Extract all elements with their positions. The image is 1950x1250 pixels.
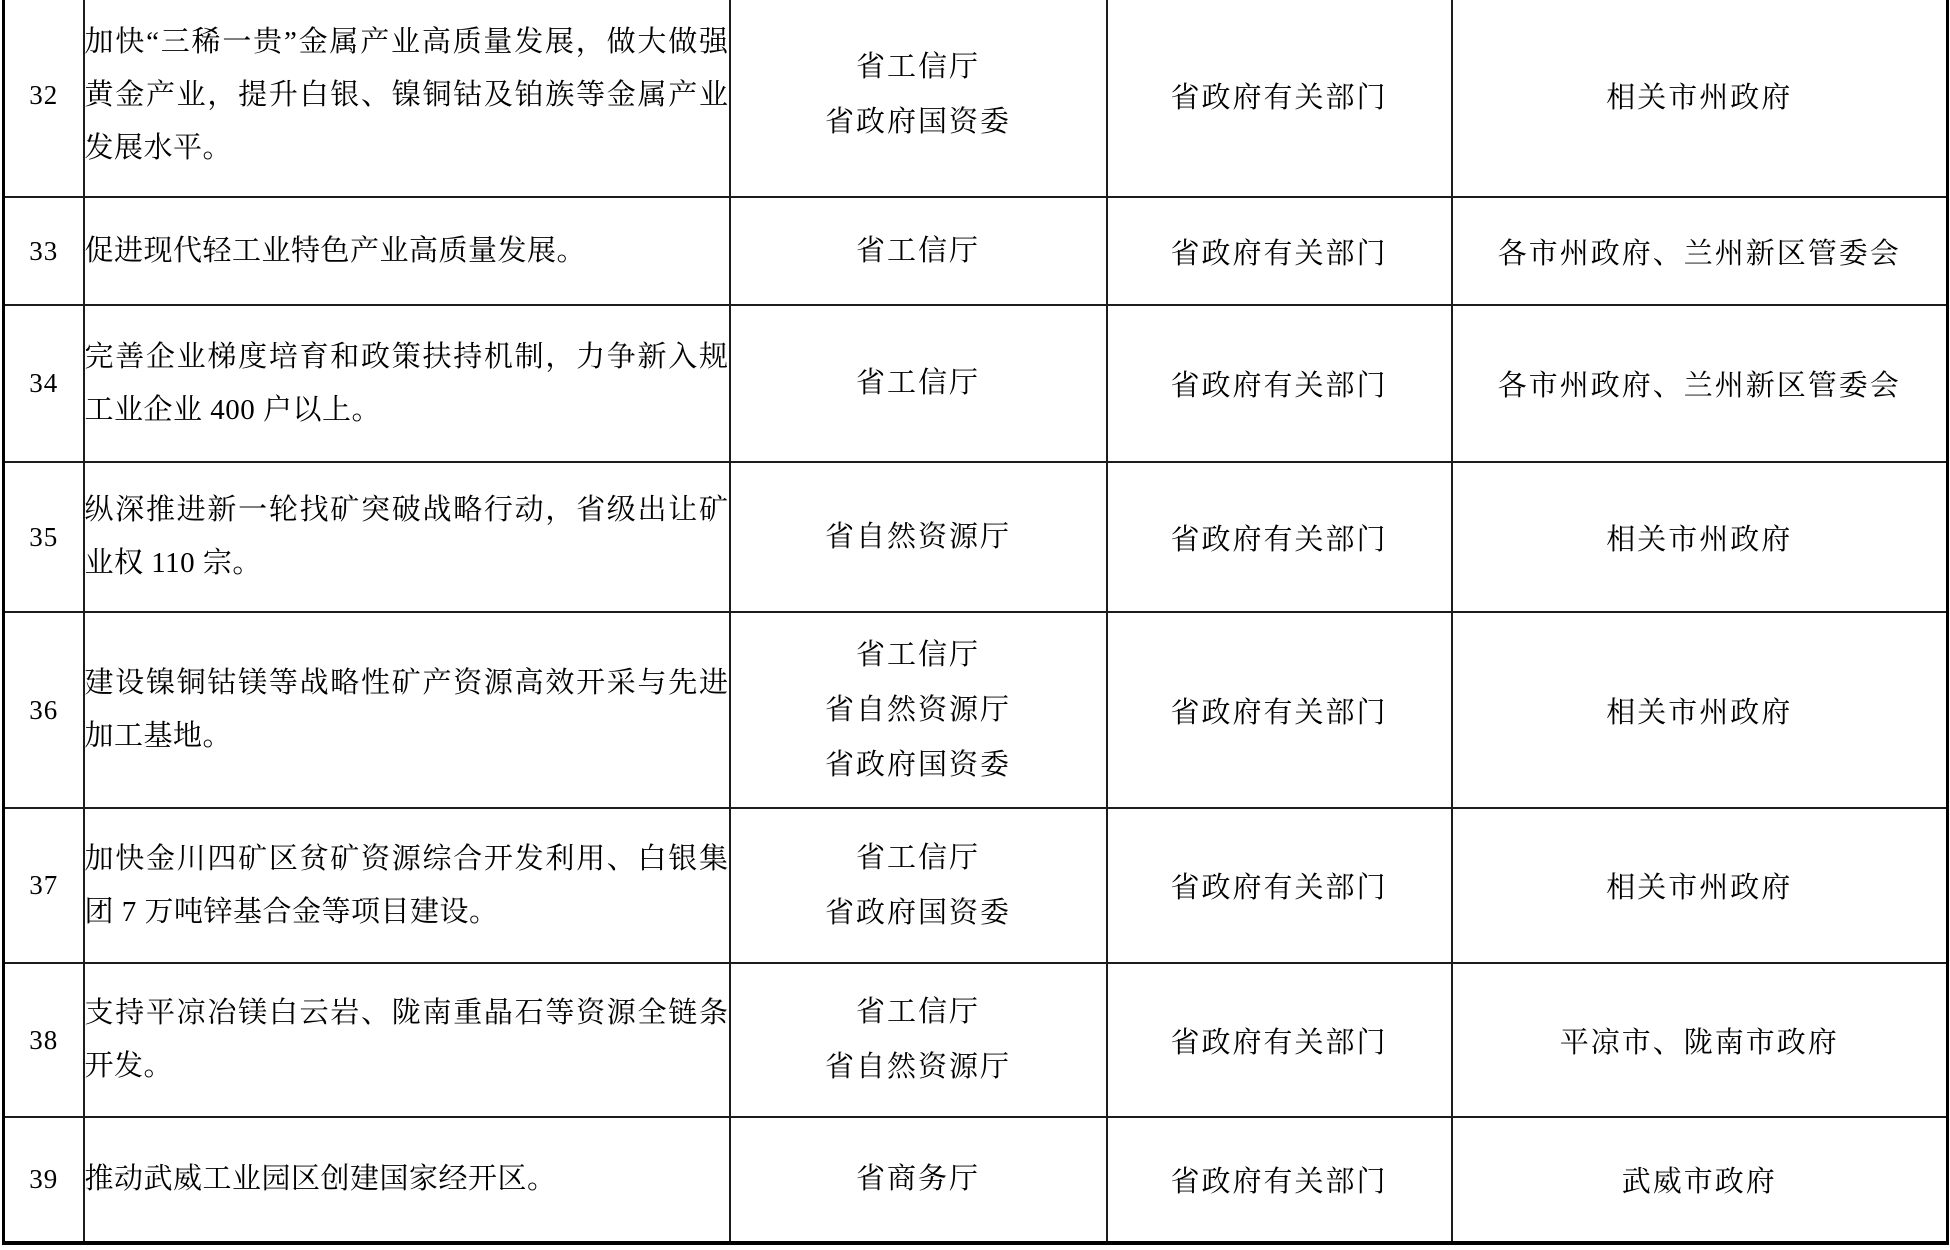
table-row-37: 37加快金川四矿区贫矿资源综合开发利用、白银集团 7 万吨锌基合金等项目建设。省… <box>4 808 1948 963</box>
local-governments-cell: 相关市州政府 <box>1452 808 1948 963</box>
lead-department: 省工信厅 <box>731 831 1106 886</box>
row-number-cell: 39 <box>4 1117 84 1243</box>
task-table: 32加快“三稀一贵”金属产业高质量发展，做大做强黄金产业，提升白银、镍铜钴及铂族… <box>2 0 1949 1245</box>
table-row-36: 36建设镍铜钴镁等战略性矿产资源高效开采与先进加工基地。省工信厅省自然资源厅省政… <box>4 612 1948 808</box>
related-departments-cell: 省政府有关部门 <box>1107 612 1452 808</box>
table-row-32: 32加快“三稀一贵”金属产业高质量发展，做大做强黄金产业，提升白银、镍铜钴及铂族… <box>4 0 1948 197</box>
lead-department: 省商务厅 <box>731 1152 1106 1207</box>
table-row-34: 34完善企业梯度培育和政策扶持机制，力争新入规工业企业 400 户以上。省工信厅… <box>4 305 1948 462</box>
local-governments-cell: 各市州政府、兰州新区管委会 <box>1452 305 1948 462</box>
lead-department: 省工信厅 <box>731 40 1106 95</box>
row-number-cell: 37 <box>4 808 84 963</box>
task-table-body: 32加快“三稀一贵”金属产业高质量发展，做大做强黄金产业，提升白银、镍铜钴及铂族… <box>4 0 1948 1243</box>
lead-departments-cell: 省工信厅省政府国资委 <box>730 0 1107 197</box>
table-row-35: 35纵深推进新一轮找矿突破战略行动，省级出让矿业权 110 宗。省自然资源厅省政… <box>4 462 1948 612</box>
local-governments-cell: 武威市政府 <box>1452 1117 1948 1243</box>
table-row-33: 33促进现代轻工业特色产业高质量发展。省工信厅省政府有关部门各市州政府、兰州新区… <box>4 197 1948 305</box>
lead-departments-cell: 省工信厅省自然资源厅 <box>730 963 1107 1117</box>
lead-department: 省工信厅 <box>731 985 1106 1040</box>
related-departments-cell: 省政府有关部门 <box>1107 963 1452 1117</box>
local-governments-cell: 相关市州政府 <box>1452 0 1948 197</box>
lead-departments-cell: 省工信厅省自然资源厅省政府国资委 <box>730 612 1107 808</box>
task-description-cell: 纵深推进新一轮找矿突破战略行动，省级出让矿业权 110 宗。 <box>84 462 730 612</box>
lead-department: 省工信厅 <box>731 356 1106 411</box>
related-departments-cell: 省政府有关部门 <box>1107 197 1452 305</box>
lead-department: 省自然资源厅 <box>731 510 1106 565</box>
task-description-cell: 完善企业梯度培育和政策扶持机制，力争新入规工业企业 400 户以上。 <box>84 305 730 462</box>
local-governments-cell: 各市州政府、兰州新区管委会 <box>1452 197 1948 305</box>
task-description-cell: 支持平凉冶镁白云岩、陇南重晶石等资源全链条开发。 <box>84 963 730 1117</box>
lead-department: 省工信厅 <box>731 224 1106 279</box>
lead-departments-cell: 省工信厅 <box>730 305 1107 462</box>
local-governments-cell: 相关市州政府 <box>1452 462 1948 612</box>
task-description-cell: 推动武威工业园区创建国家经开区。 <box>84 1117 730 1243</box>
related-departments-cell: 省政府有关部门 <box>1107 0 1452 197</box>
related-departments-cell: 省政府有关部门 <box>1107 305 1452 462</box>
lead-department: 省政府国资委 <box>731 95 1106 150</box>
row-number-cell: 36 <box>4 612 84 808</box>
task-description-cell: 建设镍铜钴镁等战略性矿产资源高效开采与先进加工基地。 <box>84 612 730 808</box>
document-page: 32加快“三稀一贵”金属产业高质量发展，做大做强黄金产业，提升白银、镍铜钴及铂族… <box>0 0 1950 1250</box>
task-description-cell: 加快“三稀一贵”金属产业高质量发展，做大做强黄金产业，提升白银、镍铜钴及铂族等金… <box>84 0 730 197</box>
table-row-38: 38支持平凉冶镁白云岩、陇南重晶石等资源全链条开发。省工信厅省自然资源厅省政府有… <box>4 963 1948 1117</box>
related-departments-cell: 省政府有关部门 <box>1107 808 1452 963</box>
lead-department: 省自然资源厅 <box>731 1040 1106 1095</box>
lead-departments-cell: 省工信厅 <box>730 197 1107 305</box>
task-description-cell: 促进现代轻工业特色产业高质量发展。 <box>84 197 730 305</box>
local-governments-cell: 平凉市、陇南市政府 <box>1452 963 1948 1117</box>
related-departments-cell: 省政府有关部门 <box>1107 462 1452 612</box>
row-number-cell: 38 <box>4 963 84 1117</box>
table-row-39: 39推动武威工业园区创建国家经开区。省商务厅省政府有关部门武威市政府 <box>4 1117 1948 1243</box>
task-description-cell: 加快金川四矿区贫矿资源综合开发利用、白银集团 7 万吨锌基合金等项目建设。 <box>84 808 730 963</box>
lead-department: 省工信厅 <box>731 628 1106 683</box>
row-number-cell: 33 <box>4 197 84 305</box>
lead-departments-cell: 省自然资源厅 <box>730 462 1107 612</box>
row-number-cell: 32 <box>4 0 84 197</box>
lead-department: 省自然资源厅 <box>731 683 1106 738</box>
related-departments-cell: 省政府有关部门 <box>1107 1117 1452 1243</box>
lead-department: 省政府国资委 <box>731 886 1106 941</box>
row-number-cell: 34 <box>4 305 84 462</box>
row-number-cell: 35 <box>4 462 84 612</box>
lead-departments-cell: 省商务厅 <box>730 1117 1107 1243</box>
lead-department: 省政府国资委 <box>731 738 1106 793</box>
lead-departments-cell: 省工信厅省政府国资委 <box>730 808 1107 963</box>
local-governments-cell: 相关市州政府 <box>1452 612 1948 808</box>
